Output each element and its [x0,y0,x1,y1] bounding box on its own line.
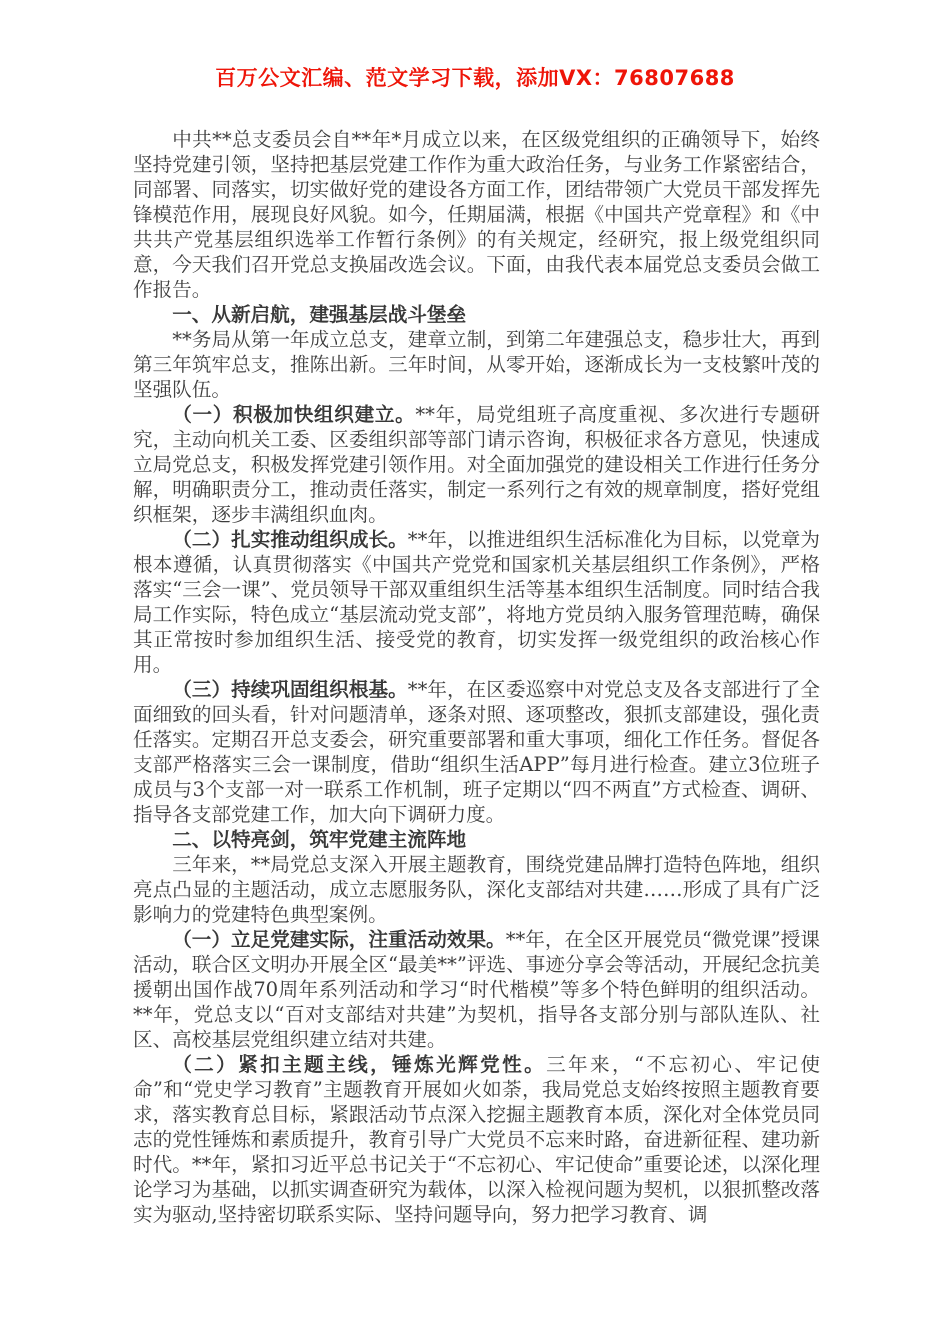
paragraph: （二）扎实推动组织成长。**年，以推进组织生活标准化为目标，以党章为根本遵循，认… [133,527,820,677]
document-body: 中共**总支委员会自**年*月成立以来，在区级党组织的正确领导下，始终坚持党建引… [133,127,820,1227]
paragraph: （一）积极加快组织建立。**年，局党组班子高度重视、多次进行专题研究，主动向机关… [133,402,820,527]
paragraph-text: **务局从第一年成立总支，建章立制，到第二年建强总支，稳步壮大，再到第三年筑牢总… [133,328,820,401]
section-heading: 二、以特亮剑，筑牢党建主流阵地 [133,827,820,852]
paragraph-lead: （二）紧扣主题主线，锤炼光辉党性。 [172,1053,546,1076]
promo-banner: 百万公文汇编、范文学习下载，添加VX：76807688 [0,0,950,89]
paragraph-lead: （三）持续巩固组织根基。 [172,678,408,701]
paragraph: 中共**总支委员会自**年*月成立以来，在区级党组织的正确领导下，始终坚持党建引… [133,127,820,302]
paragraph: （三）持续巩固组织根基。**年，在区委巡察中对党总支及各支部进行了全面细致的回头… [133,677,820,827]
paragraph: 三年来，**局党总支深入开展主题教育，围绕党建品牌打造特色阵地，组织亮点凸显的主… [133,852,820,927]
paragraph-text: 中共**总支委员会自**年*月成立以来，在区级党组织的正确领导下，始终坚持党建引… [133,128,820,301]
paragraph: **务局从第一年成立总支，建章立制，到第二年建强总支，稳步壮大，再到第三年筑牢总… [133,327,820,402]
paragraph: （一）立足党建实际，注重活动效果。**年，在全区开展党员“微党课”授课活动，联合… [133,927,820,1052]
paragraph-text: 三年来，“不忘初心、牢记使命”和“党史学习教育”主题教育开展如火如荼，我局党总支… [133,1053,820,1226]
paragraph-lead: （一）积极加快组织建立。 [172,403,415,426]
paragraph-text: 三年来，**局党总支深入开展主题教育，围绕党建品牌打造特色阵地，组织亮点凸显的主… [133,853,820,926]
paragraph-lead: （二）扎实推动组织成长。 [172,528,408,551]
section-heading: 一、从新启航，建强基层战斗堡垒 [133,302,820,327]
document-page: 百万公文汇编、范文学习下载，添加VX：76807688 中共**总支委员会自**… [0,0,950,1344]
paragraph: （二）紧扣主题主线，锤炼光辉党性。三年来，“不忘初心、牢记使命”和“党史学习教育… [133,1052,820,1227]
paragraph-lead: （一）立足党建实际，注重活动效果。 [172,928,506,951]
